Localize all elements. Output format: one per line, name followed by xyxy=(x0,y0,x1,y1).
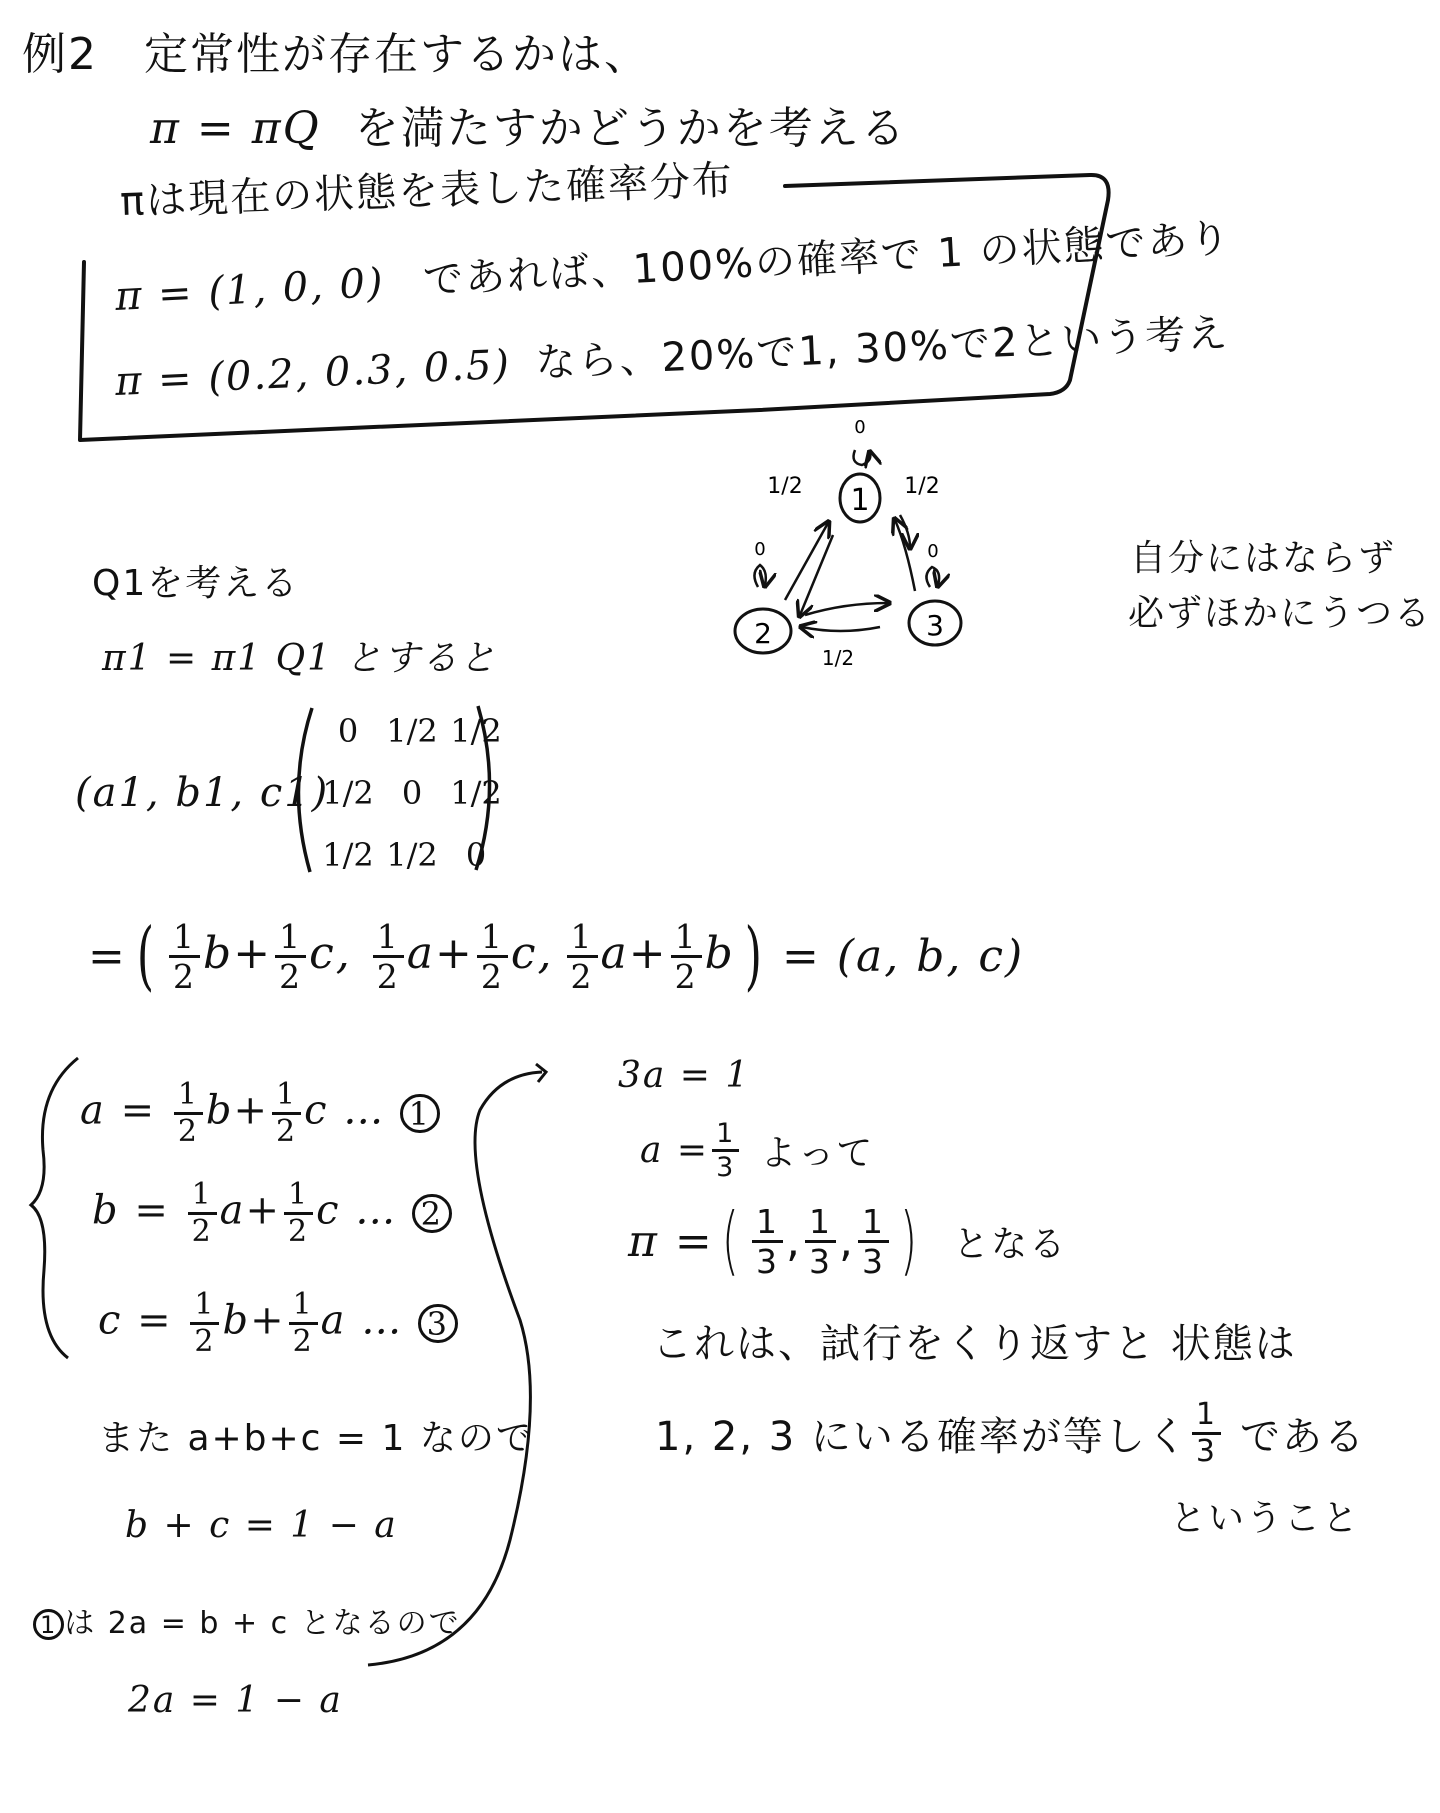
product-term-3: 12a+12b xyxy=(564,920,735,993)
q1-heading: Q1を考える xyxy=(92,555,299,606)
node-2: 2 xyxy=(735,609,791,653)
matrix-cell: 0 xyxy=(402,774,422,812)
derivation-line-4: 2a = 1 − a xyxy=(128,1680,343,1721)
edge-3-to-2 xyxy=(802,627,880,631)
edge-2-to-3 xyxy=(805,603,888,615)
stationary-distribution: π = ( 13, 13, 13 ) となる xyxy=(628,1205,1067,1278)
matrix-cell: 1/2 xyxy=(450,712,502,750)
matrix-cell: 1/2 xyxy=(386,712,438,750)
node-1: 1 xyxy=(840,474,880,522)
diagram-note-line-2: 必ずほかにうつる xyxy=(1128,585,1432,636)
self-loop-arrow-1 xyxy=(854,450,871,465)
product-result: = (a, b, c) xyxy=(782,931,1024,982)
solution-line-2: a = 13 よって xyxy=(640,1120,874,1181)
matrix-cell: 0 xyxy=(466,836,486,874)
edge-label-1-2: 1/2 xyxy=(767,474,802,499)
self-loop-arrow-2 xyxy=(754,565,765,587)
self-loop-label-3: 0 xyxy=(927,541,938,562)
matrix-cell: 1/2 xyxy=(322,836,374,874)
matrix-cell: 1/2 xyxy=(322,774,374,812)
svg-text:3: 3 xyxy=(926,609,944,642)
matrix-cell: 0 xyxy=(338,712,358,750)
conclusion-line-3: ということ xyxy=(1170,1490,1360,1541)
solution-line-1: 3a = 1 xyxy=(618,1055,750,1096)
derivation-line-2: b + c = 1 − a xyxy=(125,1505,398,1546)
product-term-2: 12a+12c, xyxy=(370,920,554,993)
diagram-note-line-1: 自分にはならず xyxy=(1130,530,1396,581)
equation-ref-1: 1 xyxy=(33,1609,64,1640)
product-expression: = ( 12b+12c, 12a+12c, 12a+12b ) = (a, b,… xyxy=(88,920,1024,993)
connector-arrow xyxy=(360,1060,620,1680)
matrix-cell: 1/2 xyxy=(450,774,502,812)
edge-3-to-1 xyxy=(895,520,915,591)
node-3: 3 xyxy=(909,601,961,645)
self-loop-label-1: 0 xyxy=(854,417,865,438)
matrix-cell: 1/2 xyxy=(386,836,438,874)
conclusion-line-2: 1, 2, 3 にいる確率が等しく 13 である xyxy=(655,1400,1366,1467)
system-brace xyxy=(28,1050,88,1370)
edge-1-to-3 xyxy=(900,515,910,547)
q1-assumption: π1 = π1 Q1 とすると xyxy=(102,630,498,681)
edge-1-to-2 xyxy=(800,535,833,615)
conclusion-line-1: これは、試行をくり返すと 状態は xyxy=(652,1312,1297,1369)
self-loop-label-2: 0 xyxy=(754,539,765,560)
transition-matrix: 0 1/2 1/2 1/2 0 1/2 1/2 1/2 0 xyxy=(316,700,508,886)
equals-sign: = xyxy=(88,931,127,982)
svg-text:1: 1 xyxy=(850,483,869,518)
edge-label-2-3: 1/2 xyxy=(822,646,854,670)
self-loop-arrow-3 xyxy=(926,567,939,587)
svg-text:2: 2 xyxy=(754,617,772,650)
product-term-1: 12b+12c, xyxy=(166,920,352,993)
edge-label-1-3: 1/2 xyxy=(904,474,939,499)
